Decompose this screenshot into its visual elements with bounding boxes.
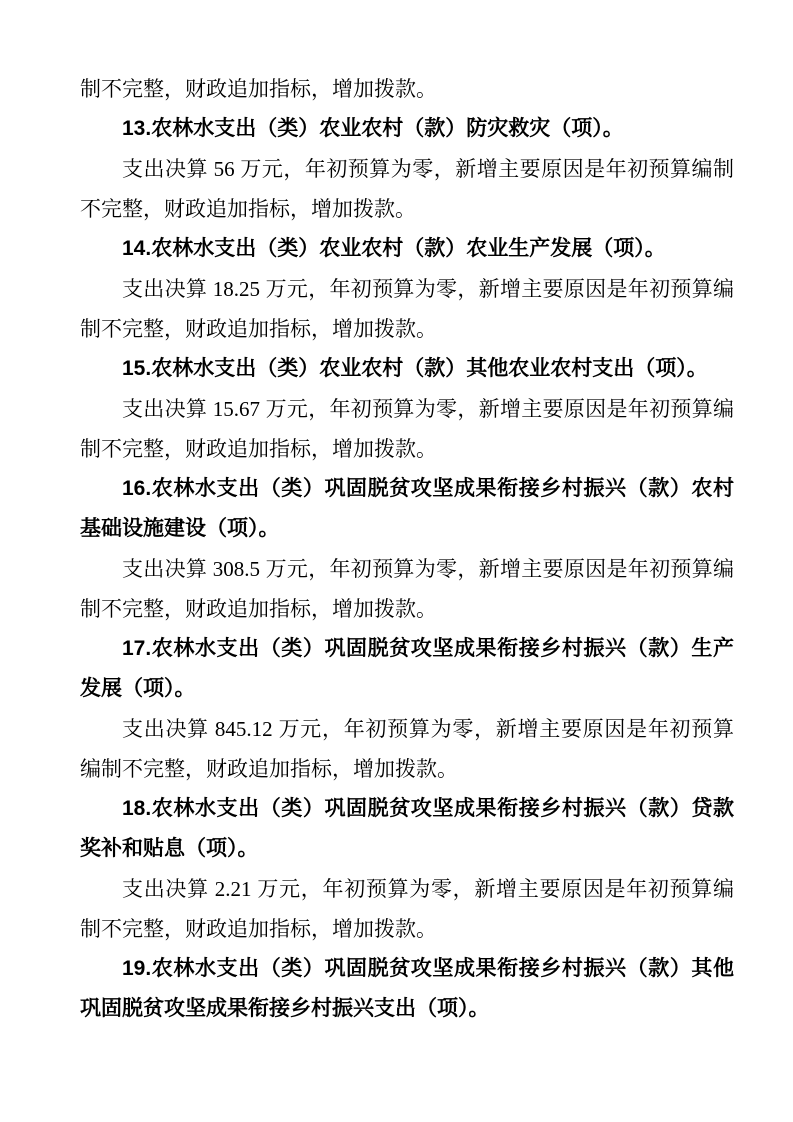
heading-line: 18.农林水支出（类）巩固脱贫攻坚成果衔接乡村振兴（款）贷款 <box>80 789 734 829</box>
body-line: 支出决算 18.25 万元，年初预算为零，新增主要原因是年初预算编 <box>80 269 734 309</box>
heading-line: 基础设施建设（项）。 <box>80 509 734 549</box>
body-line: 支出决算 845.12 万元，年初预算为零，新增主要原因是年初预算 <box>80 709 734 749</box>
body-line: 制不完整，财政追加指标，增加拨款。 <box>80 69 734 109</box>
body-line: 制不完整，财政追加指标，增加拨款。 <box>80 429 734 469</box>
heading-line: 16.农林水支出（类）巩固脱贫攻坚成果衔接乡村振兴（款）农村 <box>80 469 734 509</box>
heading-line: 17.农林水支出（类）巩固脱贫攻坚成果衔接乡村振兴（款）生产 <box>80 629 734 669</box>
heading-line: 巩固脱贫攻坚成果衔接乡村振兴支出（项）。 <box>80 989 734 1029</box>
document-content: 制不完整，财政追加指标，增加拨款。13.农林水支出（类）农业农村（款）防灾救灾（… <box>80 69 734 1029</box>
body-line: 支出决算 15.67 万元，年初预算为零，新增主要原因是年初预算编 <box>80 389 734 429</box>
body-line: 支出决算 308.5 万元，年初预算为零，新增主要原因是年初预算编 <box>80 549 734 589</box>
body-line: 制不完整，财政追加指标，增加拨款。 <box>80 309 734 349</box>
body-line: 不完整，财政追加指标，增加拨款。 <box>80 189 734 229</box>
heading-line: 14.农林水支出（类）农业农村（款）农业生产发展（项）。 <box>80 229 734 269</box>
heading-line: 奖补和贴息（项）。 <box>80 829 734 869</box>
body-line: 制不完整，财政追加指标，增加拨款。 <box>80 909 734 949</box>
body-line: 制不完整，财政追加指标，增加拨款。 <box>80 589 734 629</box>
heading-line: 15.农林水支出（类）农业农村（款）其他农业农村支出（项）。 <box>80 349 734 389</box>
body-line: 编制不完整，财政追加指标，增加拨款。 <box>80 749 734 789</box>
document-page: 制不完整，财政追加指标，增加拨款。13.农林水支出（类）农业农村（款）防灾救灾（… <box>0 0 793 1122</box>
body-line: 支出决算 2.21 万元，年初预算为零，新增主要原因是年初预算编 <box>80 869 734 909</box>
heading-line: 19.农林水支出（类）巩固脱贫攻坚成果衔接乡村振兴（款）其他 <box>80 949 734 989</box>
heading-line: 13.农林水支出（类）农业农村（款）防灾救灾（项）。 <box>80 109 734 149</box>
heading-line: 发展（项）。 <box>80 669 734 709</box>
body-line: 支出决算 56 万元，年初预算为零，新增主要原因是年初预算编制 <box>80 149 734 189</box>
